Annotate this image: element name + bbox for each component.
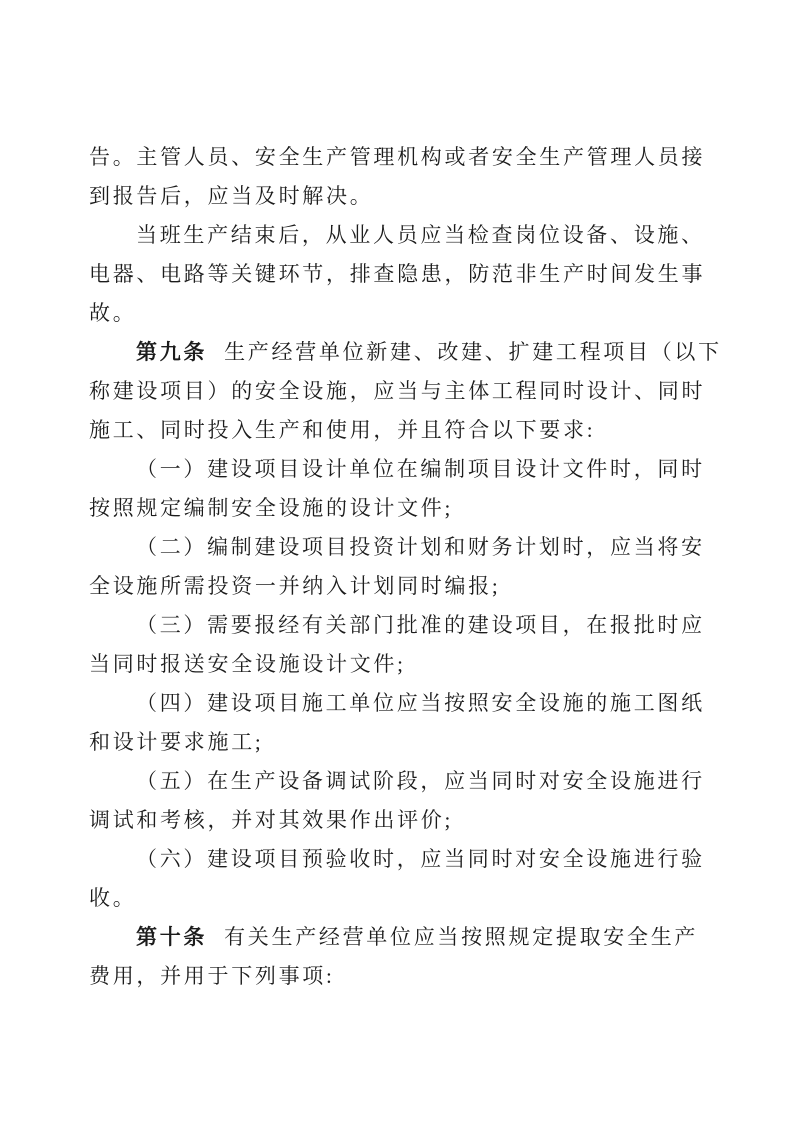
paragraph-line: 全设施所需投资一并纳入计划同时编报; [89,567,714,606]
paragraph-line: 施工、同时投入生产和使用，并且符合以下要求: [89,411,714,450]
line-text: 当同时报送安全设施设计文件; [89,652,406,676]
line-text: （三）需要报经有关部门批准的建设项目，在报批时应 [136,613,705,637]
paragraph-line: （五）在生产设备调试阶段，应当同时对安全设施进行 [89,762,714,801]
line-text: （四）建设项目施工单位应当按照安全设施的施工图纸 [136,691,705,715]
paragraph-line: 第九条生产经营单位新建、改建、扩建工程项目（以下 [89,333,714,372]
line-text: 告。主管人员、安全生产管理机构或者安全生产管理人员接 [89,145,705,169]
paragraph-line: （二）编制建设项目投资计划和财务计划时，应当将安 [89,528,714,567]
line-text: 按照规定编制安全设施的设计文件; [89,496,453,520]
paragraph-line: 费用，并用于下列事项: [89,957,714,996]
paragraph-line: 调试和考核，并对其效果作出评价; [89,801,714,840]
paragraph-line: （六）建设项目预验收时，应当同时对安全设施进行验 [89,840,714,879]
paragraph-line: 告。主管人员、安全生产管理机构或者安全生产管理人员接 [89,138,714,177]
line-text: 调试和考核，并对其效果作出评价; [89,808,453,832]
paragraph-line: （一）建设项目设计单位在编制项目设计文件时，同时 [89,450,714,489]
paragraph-line: 到报告后，应当及时解决。 [89,177,714,216]
line-text: （六）建设项目预验收时，应当同时对安全设施进行验 [136,847,705,871]
line-text: 电器、电路等关键环节，排查隐患，防范非生产时间发生事 [89,262,705,286]
text-block: 告。主管人员、安全生产管理机构或者安全生产管理人员接 到报告后，应当及时解决。 … [89,138,714,996]
paragraph-line: 和设计要求施工; [89,723,714,762]
line-text: 有关生产经营单位应当按照规定提取安全生产 [224,925,698,949]
document-page: 告。主管人员、安全生产管理机构或者安全生产管理人员接 到报告后，应当及时解决。 … [0,0,793,1122]
paragraph-line: 收。 [89,879,714,918]
paragraph-line: 称建设项目）的安全设施，应当与主体工程同时设计、同时 [89,372,714,411]
article-heading-9: 第九条 [136,341,207,364]
line-text: 称建设项目）的安全设施，应当与主体工程同时设计、同时 [89,379,705,403]
line-text: 故。 [89,301,136,325]
line-text: 费用，并用于下列事项: [89,964,335,988]
paragraph-line: 电器、电路等关键环节，排查隐患，防范非生产时间发生事 [89,255,714,294]
line-text: 收。 [89,886,136,910]
line-text: 到报告后，应当及时解决。 [89,184,373,208]
paragraph-line: 当同时报送安全设施设计文件; [89,645,714,684]
line-text: （五）在生产设备调试阶段，应当同时对安全设施进行 [136,769,705,793]
article-heading-10: 第十条 [136,926,207,949]
paragraph-line: 按照规定编制安全设施的设计文件; [89,489,714,528]
line-text: 全设施所需投资一并纳入计划同时编报; [89,574,500,598]
paragraph-line: 当班生产结束后，从业人员应当检查岗位设备、设施、 [89,216,714,255]
paragraph-line: （三）需要报经有关部门批准的建设项目，在报批时应 [89,606,714,645]
line-text: 生产经营单位新建、改建、扩建工程项目（以下 [224,340,722,364]
paragraph-line: 故。 [89,294,714,333]
paragraph-line: （四）建设项目施工单位应当按照安全设施的施工图纸 [89,684,714,723]
line-text: 施工、同时投入生产和使用，并且符合以下要求: [89,418,595,442]
line-text: （二）编制建设项目投资计划和财务计划时，应当将安 [136,535,705,559]
line-text: （一）建设项目设计单位在编制项目设计文件时，同时 [136,457,705,481]
line-text: 和设计要求施工; [89,730,263,754]
paragraph-line: 第十条有关生产经营单位应当按照规定提取安全生产 [89,918,714,957]
line-text: 当班生产结束后，从业人员应当检查岗位设备、设施、 [136,223,705,247]
